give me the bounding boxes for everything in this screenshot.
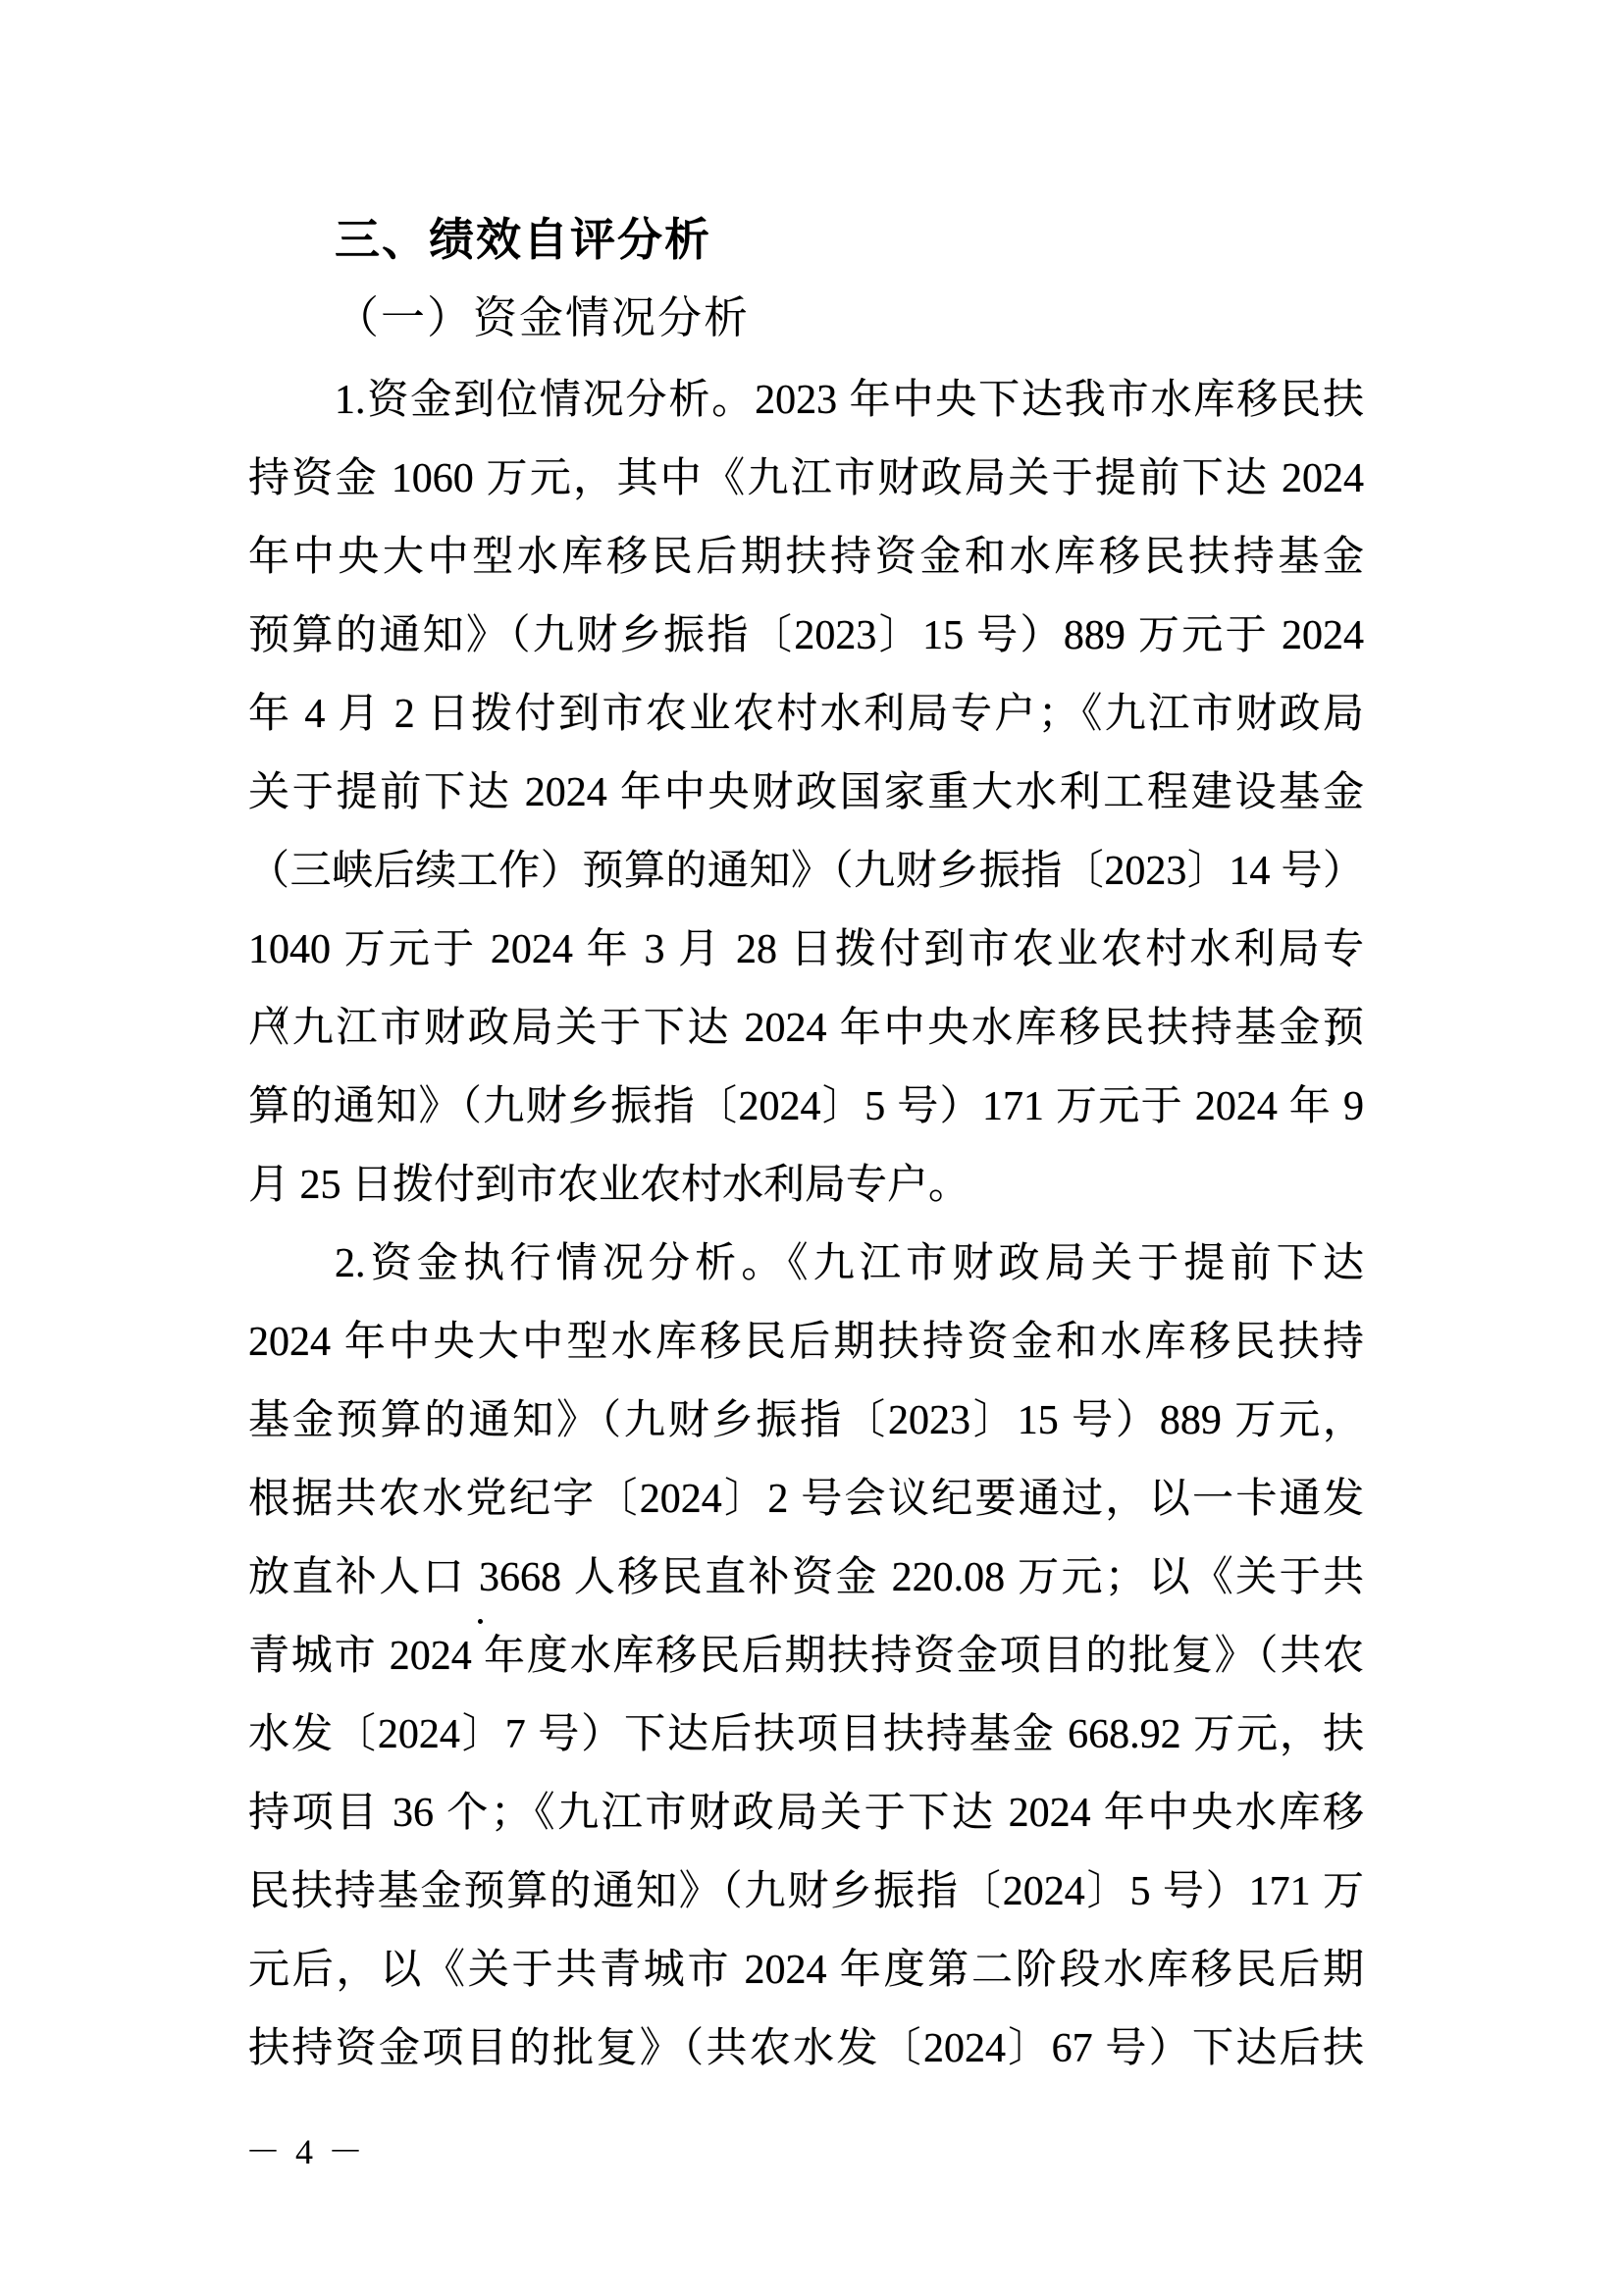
text-line: 1040 万元于 2024 年 3 月 28 日拨付到市农业农村水利局专户； (248, 911, 1364, 989)
text-line: 月 25 日拨付到市农业农村水利局专户。 (248, 1146, 1364, 1225)
text-line: 青城市 2024 年度水库移民后期扶持资金项目的批复》（共农 (248, 1617, 1364, 1696)
text-line: 2.资金执行情况分析。《九江市财政局关于提前下达 (248, 1225, 1364, 1303)
text-line: 关于提前下达 2024 年中央财政国家重大水利工程建设基金 (248, 754, 1364, 832)
page-number: － 4 － (245, 2122, 366, 2181)
text-line: 年中央大中型水库移民后期扶持资金和水库移民扶持基金 (248, 518, 1364, 597)
text-line: 元后，以《关于共青城市 2024 年度第二阶段水库移民后期 (248, 1931, 1364, 2009)
subsection-heading: （一）资金情况分析 (248, 279, 1364, 357)
paragraph-funds-arrival: 1.资金到位情况分析。2023 年中央下达我市水库移民扶 持资金 1060 万元… (248, 361, 1364, 1225)
scan-artifact-dot (478, 1619, 483, 1624)
text-line: 扶持资金项目的批复》（共农水发〔2024〕67 号）下达后扶 (248, 2009, 1364, 2088)
text-line: 民扶持基金预算的通知》（九财乡振指〔2024〕5 号）171 万 (248, 1852, 1364, 1931)
text-line: 预算的通知》（九财乡振指〔2023〕15 号）889 万元于 2024 (248, 597, 1364, 675)
text-line: 2024 年中央大中型水库移民后期扶持资金和水库移民扶持 (248, 1303, 1364, 1382)
text-line: 基金预算的通知》（九财乡振指〔2023〕15 号）889 万元， (248, 1382, 1364, 1460)
text-line: 年 4 月 2 日拨付到市农业农村水利局专户；《九江市财政局 (248, 675, 1364, 754)
text-line: 算的通知》（九财乡振指〔2024〕5 号）171 万元于 2024 年 9 (248, 1068, 1364, 1146)
text-line: （三峡后续工作）预算的通知》（九财乡振指〔2023〕14 号） (248, 832, 1364, 911)
text-line: 1.资金到位情况分析。2023 年中央下达我市水库移民扶 (248, 361, 1364, 440)
body-text-block: 1.资金到位情况分析。2023 年中央下达我市水库移民扶 持资金 1060 万元… (248, 361, 1364, 2088)
text-line: 水发〔2024〕7 号）下达后扶项目扶持基金 668.92 万元，扶 (248, 1696, 1364, 1774)
paragraph-funds-execution: 2.资金执行情况分析。《九江市财政局关于提前下达 2024 年中央大中型水库移民… (248, 1225, 1364, 2088)
text-line: 放直补人口 3668 人移民直补资金 220.08 万元；以《关于共 (248, 1539, 1364, 1617)
document-page: 三、绩效自评分析 （一）资金情况分析 1.资金到位情况分析。2023 年中央下达… (0, 0, 1623, 2296)
text-line: 根据共农水党纪字〔2024〕2 号会议纪要通过，以一卡通发 (248, 1460, 1364, 1539)
section-heading: 三、绩效自评分析 (248, 200, 1364, 279)
text-line: 《九江市财政局关于下达 2024 年中央水库移民扶持基金预 (248, 989, 1364, 1068)
text-line: 持资金 1060 万元，其中《九江市财政局关于提前下达 2024 (248, 440, 1364, 518)
text-line: 持项目 36 个；《九江市财政局关于下达 2024 年中央水库移 (248, 1774, 1364, 1852)
